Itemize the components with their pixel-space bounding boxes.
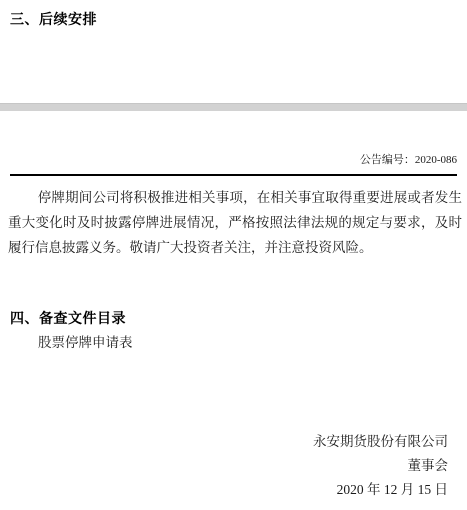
section-heading-reference-documents: 四、备查文件目录 (10, 308, 126, 328)
section-heading-followup-arrangements: 三、后续安排 (10, 9, 97, 29)
reference-document-item: 股票停牌申请表 (38, 331, 133, 351)
page-break-separator (0, 103, 467, 111)
signer-board: 董事会 (313, 454, 448, 478)
company-name: 永安期货股份有限公司 (313, 430, 448, 454)
signature-block: 永安期货股份有限公司 董事会 2020 年 12 月 15 日 (313, 430, 448, 502)
document-page: 三、后续安排 公告编号：2020-086 停牌期间公司将积极推进相关事项，在相关… (0, 0, 467, 510)
signature-date: 2020 年 12 月 15 日 (313, 478, 448, 502)
announcement-number: 公告编号：2020-086 (360, 151, 457, 167)
body-paragraph: 停牌期间公司将积极推进相关事项，在相关事宜取得重要进展或者发生重大变化时及时披露… (8, 185, 462, 260)
page-header-rule (10, 174, 457, 176)
